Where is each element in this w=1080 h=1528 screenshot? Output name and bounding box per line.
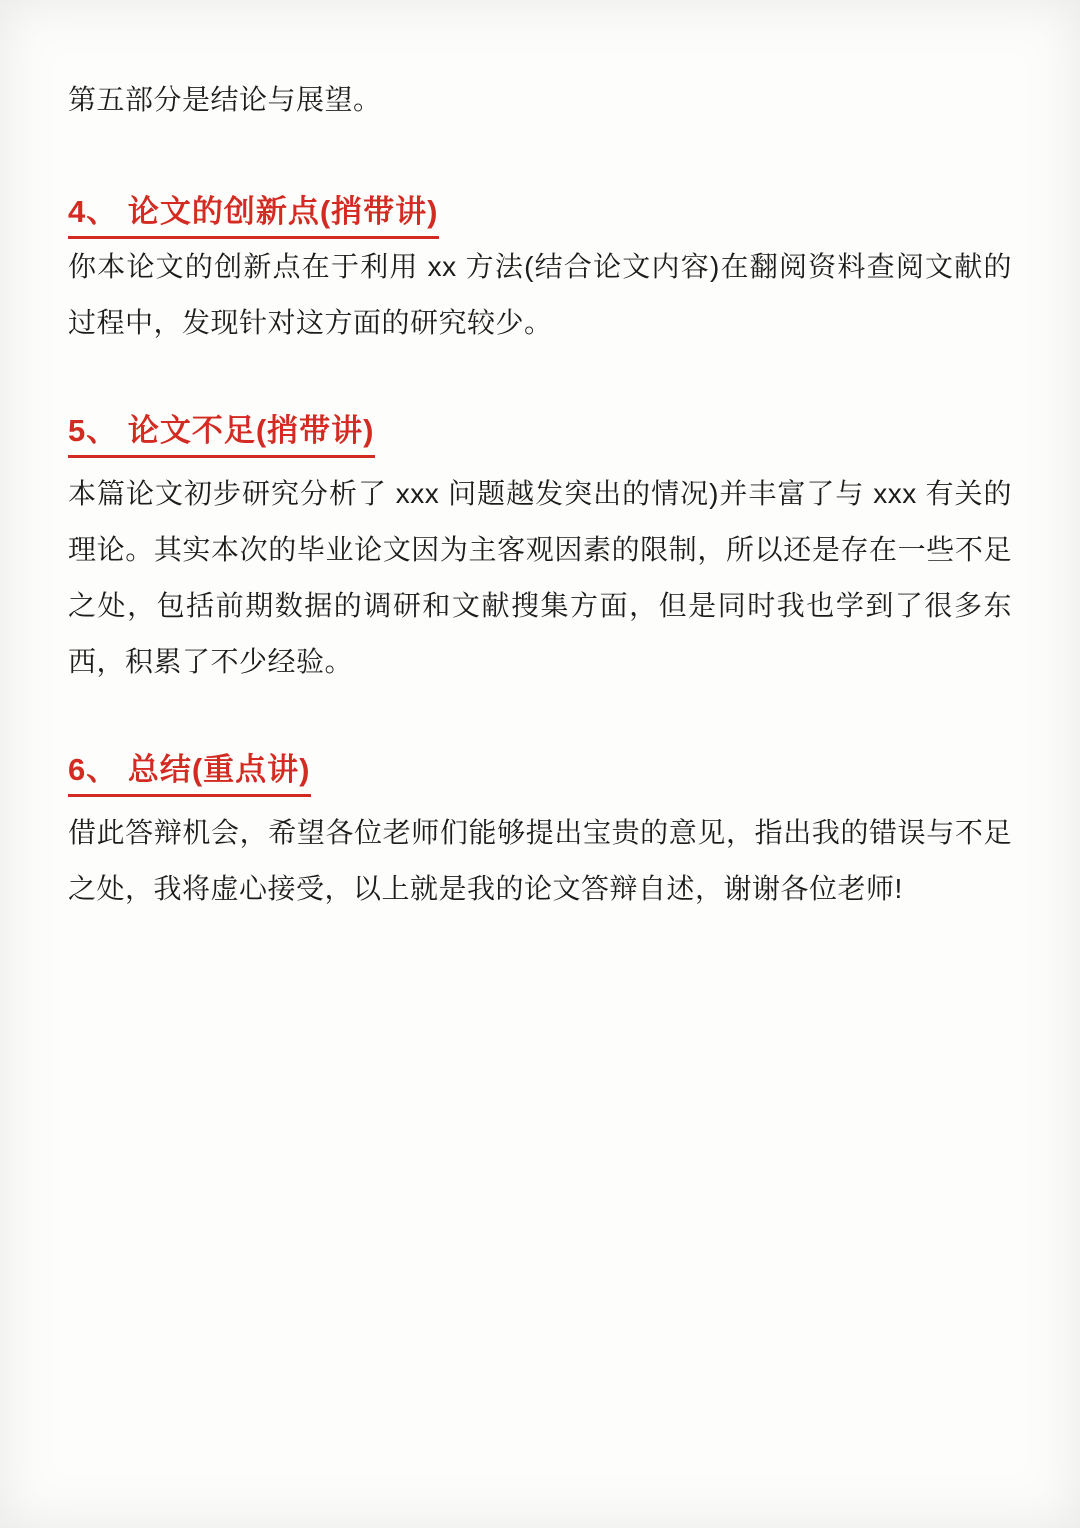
section-4-body: 你本论文的创新点在于利用 xx 方法(结合论文内容)在翻阅资料查阅文献的过程中，… — [68, 239, 1012, 351]
section-6-body: 借此答辩机会，希望各位老师们能够提出宝贵的意见，指出我的错误与不足之处，我将虚心… — [68, 805, 1012, 917]
section-4-heading: 4、 论文的创新点(捎带讲) — [68, 194, 439, 239]
intro-paragraph: 第五部分是结论与展望。 — [68, 72, 1012, 128]
section-6-heading: 6、 总结(重点讲) — [68, 752, 311, 797]
section-6: 6、 总结(重点讲) — [68, 752, 1012, 797]
document-content: 第五部分是结论与展望。 4、 论文的创新点(捎带讲) 你本论文的创新点在于利用 … — [0, 0, 1080, 917]
document-page: 第五部分是结论与展望。 4、 论文的创新点(捎带讲) 你本论文的创新点在于利用 … — [0, 0, 1080, 1528]
section-4: 4、 论文的创新点(捎带讲) — [68, 194, 1012, 239]
section-5: 5、 论文不足(捎带讲) — [68, 413, 1012, 458]
section-5-body: 本篇论文初步研究分析了 xxx 问题越发突出的情况)并丰富了与 xxx 有关的理… — [68, 466, 1012, 690]
section-5-heading: 5、 论文不足(捎带讲) — [68, 413, 375, 458]
